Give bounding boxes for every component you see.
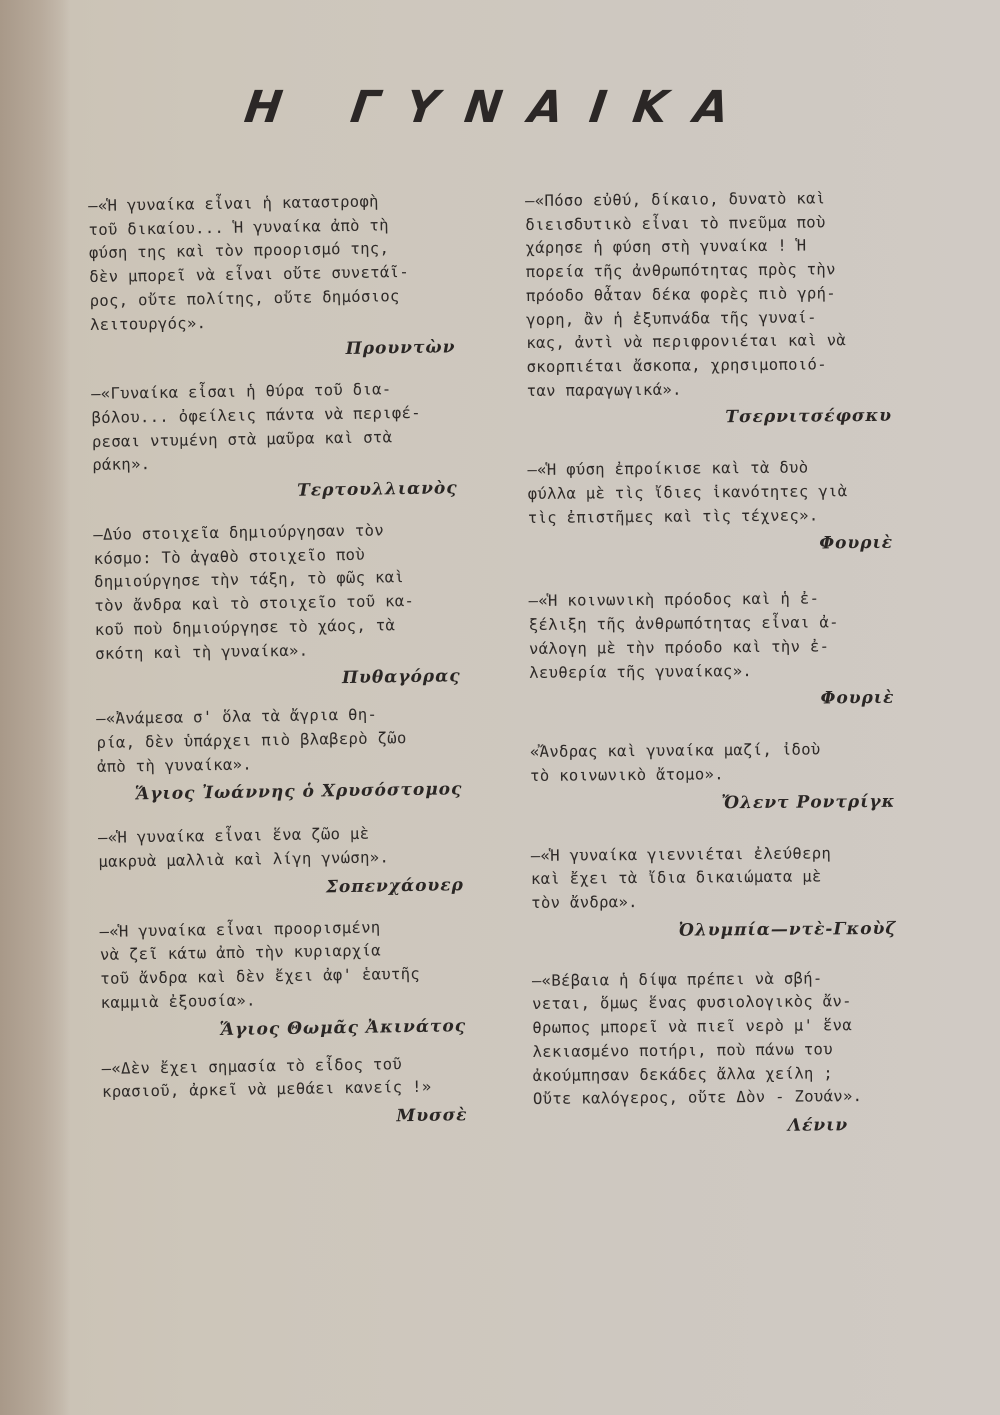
right-column: —«Πόσο εὐθύ, δίκαιο, δυνατὸ καὶ διεισδυτ… (525, 187, 898, 1162)
quote-author: Ὄλεντ Ροντρίγκ (530, 791, 895, 814)
quote-block: —«Ἀνάμεσα σ' ὅλα τὰ ἄγρια θη- ρία, δὲν ὑ… (96, 702, 462, 805)
quote-block: —«Γυναίκα εἶσαι ἡ θύρα τοῦ δια- βόλου...… (91, 377, 458, 504)
quote-author: Προυντὼν (90, 337, 455, 363)
quote-text: —«Βέβαια ἡ δίψα πρέπει νὰ σβή- νεται, ὅμ… (532, 967, 898, 1112)
quote-author: Τσερνιτσέφσκυ (527, 406, 892, 429)
quote-text: —«Ἡ γυναίκα εἶναι ἡ καταστροφὴ τοῦ δικαί… (88, 189, 455, 337)
quote-author: Φουριὲ (528, 533, 893, 556)
page-title: Η ΓΥΝΑΙΚΑ (241, 82, 748, 133)
quote-author: Σοπενχάουερ (99, 875, 464, 901)
quote-text: —«Πόσο εὐθύ, δίκαιο, δυνατὸ καὶ διεισδυτ… (525, 187, 892, 404)
quote-author: Ὀλυμπία—ντὲ-Γκοὺζ (531, 919, 896, 942)
quote-text: —Δύο στοιχεῖα δημιούργησαν τὸν κόσμο: Τὸ… (93, 518, 460, 666)
quote-block: —«Ἡ γυναίκα γιεννιέται ἐλεύθερη καὶ ἔχει… (531, 841, 897, 941)
quote-block: «Ἄνδρας καὶ γυναίκα μαζί, ἰδοὺ τὸ κοινων… (530, 738, 896, 815)
quote-text: —«Ἡ γυναίκα γιεννιέται ἐλεύθερη καὶ ἔχει… (531, 841, 897, 915)
quote-author: Ἅγιος Θωμᾶς Ἀκινάτος (101, 1016, 466, 1042)
quote-author: Πυθαγόρας (95, 666, 460, 692)
quote-block: —«Ἡ φύση ἐπροίκισε καὶ τὰ δυὸ φύλλα μὲ τ… (527, 456, 893, 556)
quote-block: —«Ἡ κοινωνικὴ πρόοδος καὶ ἡ ἐ- ξέλιξη τῆ… (528, 587, 894, 711)
quote-block: —«Ἡ γυναίκα εἶναι ἕνα ζῶο μὲ μακρυὰ μαλλ… (98, 822, 464, 901)
quote-block: —«Ἡ γυναίκα εἶναι ἡ καταστροφὴ τοῦ δικαί… (88, 189, 456, 363)
book-spine-shadow (0, 0, 70, 1415)
scanned-page: Η ΓΥΝΑΙΚΑ —«Ἡ γυναίκα εἶναι ἡ καταστροφὴ… (0, 0, 1000, 1415)
quote-text: «Ἄνδρας καὶ γυναίκα μαζί, ἰδοὺ τὸ κοινων… (530, 738, 895, 789)
quote-text: —«Δὲν ἔχει σημασία τὸ εἶδος τοῦ κρασιοῦ,… (102, 1052, 468, 1105)
quote-author: Ἅγιος Ἰωάννης ὁ Χρυσόστομος (97, 780, 462, 806)
quote-block: —«Ἡ γυναίκα εἶναι προορισμένη νὰ ζεῖ κάτ… (99, 915, 466, 1042)
quote-block: —«Δὲν ἔχει σημασία τὸ εἶδος τοῦ κρασιοῦ,… (102, 1052, 468, 1131)
quote-text: —«Ἡ γυναίκα εἶναι ἕνα ζῶο μὲ μακρυὰ μαλλ… (98, 822, 464, 875)
quote-author: Φουριὲ (529, 688, 894, 711)
quote-author: Μυσσὲ (102, 1105, 467, 1131)
quote-author: Τερτουλλιανὸς (93, 478, 458, 504)
quote-author: Λένιν (533, 1115, 848, 1138)
quote-block: —Δύο στοιχεῖα δημιούργησαν τὸν κόσμο: Τὸ… (93, 518, 461, 692)
quote-text: —«Γυναίκα εἶσαι ἡ θύρα τοῦ δια- βόλου...… (91, 377, 457, 478)
quote-text: —«Ἀνάμεσα σ' ὅλα τὰ ἄγρια θη- ρία, δὲν ὑ… (96, 702, 462, 779)
left-column: —«Ἡ γυναίκα εἶναι ἡ καταστροφὴ τοῦ δικαί… (88, 189, 468, 1155)
quote-text: —«Ἡ κοινωνικὴ πρόοδος καὶ ἡ ἐ- ξέλιξη τῆ… (528, 587, 894, 685)
quote-text: —«Ἡ γυναίκα εἶναι προορισμένη νὰ ζεῖ κάτ… (99, 915, 465, 1016)
quote-text: —«Ἡ φύση ἐπροίκισε καὶ τὰ δυὸ φύλλα μὲ τ… (527, 456, 893, 530)
quote-block: —«Πόσο εὐθύ, δίκαιο, δυνατὸ καὶ διεισδυτ… (525, 187, 892, 430)
quote-block: —«Βέβαια ἡ δίψα πρέπει νὰ σβή- νεται, ὅμ… (532, 967, 898, 1138)
